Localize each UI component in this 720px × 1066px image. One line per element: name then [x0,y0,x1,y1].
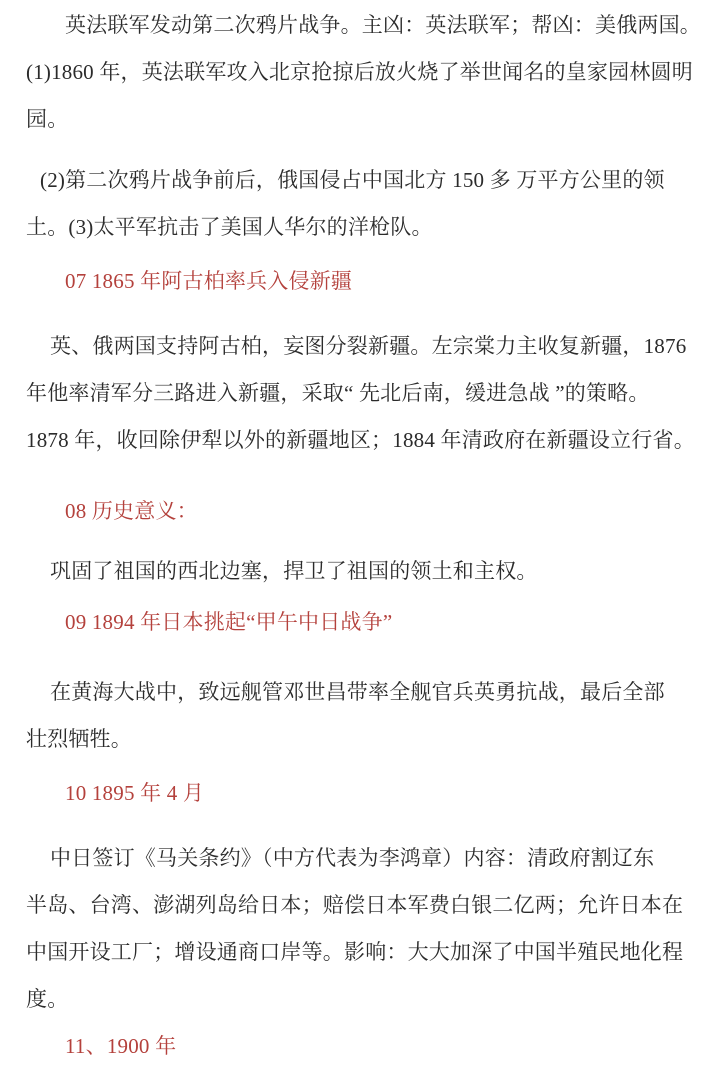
body-text-line: 中日签订《马关条约》（中方代表为李鸿章）内容：清政府割辽东 [26,835,694,882]
section-heading-07: 07 1865 年阿古柏率兵入侵新疆 [26,258,694,305]
paragraph: 英法联军发动第二次鸦片战争。主凶：英法联军；帮凶：美俄两国。 (1)1860 年… [26,2,694,143]
body-text-line: 年他率清军分三路进入新疆，采取“ 先北后南，缓进急战 ”的策略。 [26,370,694,417]
paragraph: 巩固了祖国的西北边塞，捍卫了祖国的领土和主权。 [26,548,694,595]
body-text-line: 半岛、台湾、澎湖列岛给日本；赔偿日本军费白银二亿两；允许日本在 [26,882,694,929]
heading-text-line: 07 1865 年阿古柏率兵入侵新疆 [26,258,694,305]
body-text-line: 1878 年，收回除伊犁以外的新疆地区；1884 年清政府在新疆设立行省。 [26,417,694,464]
body-text-line: 度。 [26,976,694,1023]
heading-text-line: 10 1895 年 4 月 [26,770,694,817]
body-text-line: 土。(3)太平军抗击了美国人华尔的洋枪队。 [26,204,694,251]
body-text-line: 园。 [26,96,694,143]
heading-text-line: 08 历史意义： [26,488,694,535]
paragraph: 英、俄两国支持阿古柏，妄图分裂新疆。左宗棠力主收复新疆，1876 年他率清军分三… [26,323,694,464]
paragraph: 中日签订《马关条约》（中方代表为李鸿章）内容：清政府割辽东 半岛、台湾、澎湖列岛… [26,835,694,1023]
body-text-line: 在黄海大战中，致远舰管邓世昌带率全舰官兵英勇抗战，最后全部 [26,669,694,716]
section-heading-08: 08 历史意义： [26,488,694,535]
body-text-line: 英法联军发动第二次鸦片战争。主凶：英法联军；帮凶：美俄两国。 [26,2,694,49]
body-text-line: 中国开设工厂；增设通商口岸等。影响：大大加深了中国半殖民地化程 [26,929,694,976]
body-text-line: 壮烈牺牲。 [26,716,694,763]
body-text-line: 巩固了祖国的西北边塞，捍卫了祖国的领土和主权。 [26,548,694,595]
body-text-line: (1)1860 年，英法联军攻入北京抢掠后放火烧了举世闻名的皇家园林圆明 [26,49,694,96]
heading-text-line: 09 1894 年日本挑起“甲午中日战争” [26,599,694,646]
section-heading-10: 10 1895 年 4 月 [26,770,694,817]
body-text-line: 英、俄两国支持阿古柏，妄图分裂新疆。左宗棠力主收复新疆，1876 [26,323,694,370]
section-heading-11: 11、1900 年 [26,1023,694,1066]
paragraph: 在黄海大战中，致远舰管邓世昌带率全舰官兵英勇抗战，最后全部 壮烈牺牲。 [26,669,694,763]
document-page: 英法联军发动第二次鸦片战争。主凶：英法联军；帮凶：美俄两国。 (1)1860 年… [0,0,720,1066]
body-text-line: (2)第二次鸦片战争前后，俄国侵占中国北方 150 多 万平方公里的领 [26,157,694,204]
section-heading-09: 09 1894 年日本挑起“甲午中日战争” [26,599,694,646]
heading-text-line: 11、1900 年 [26,1023,694,1066]
paragraph: (2)第二次鸦片战争前后，俄国侵占中国北方 150 多 万平方公里的领 土。(3… [26,157,694,251]
